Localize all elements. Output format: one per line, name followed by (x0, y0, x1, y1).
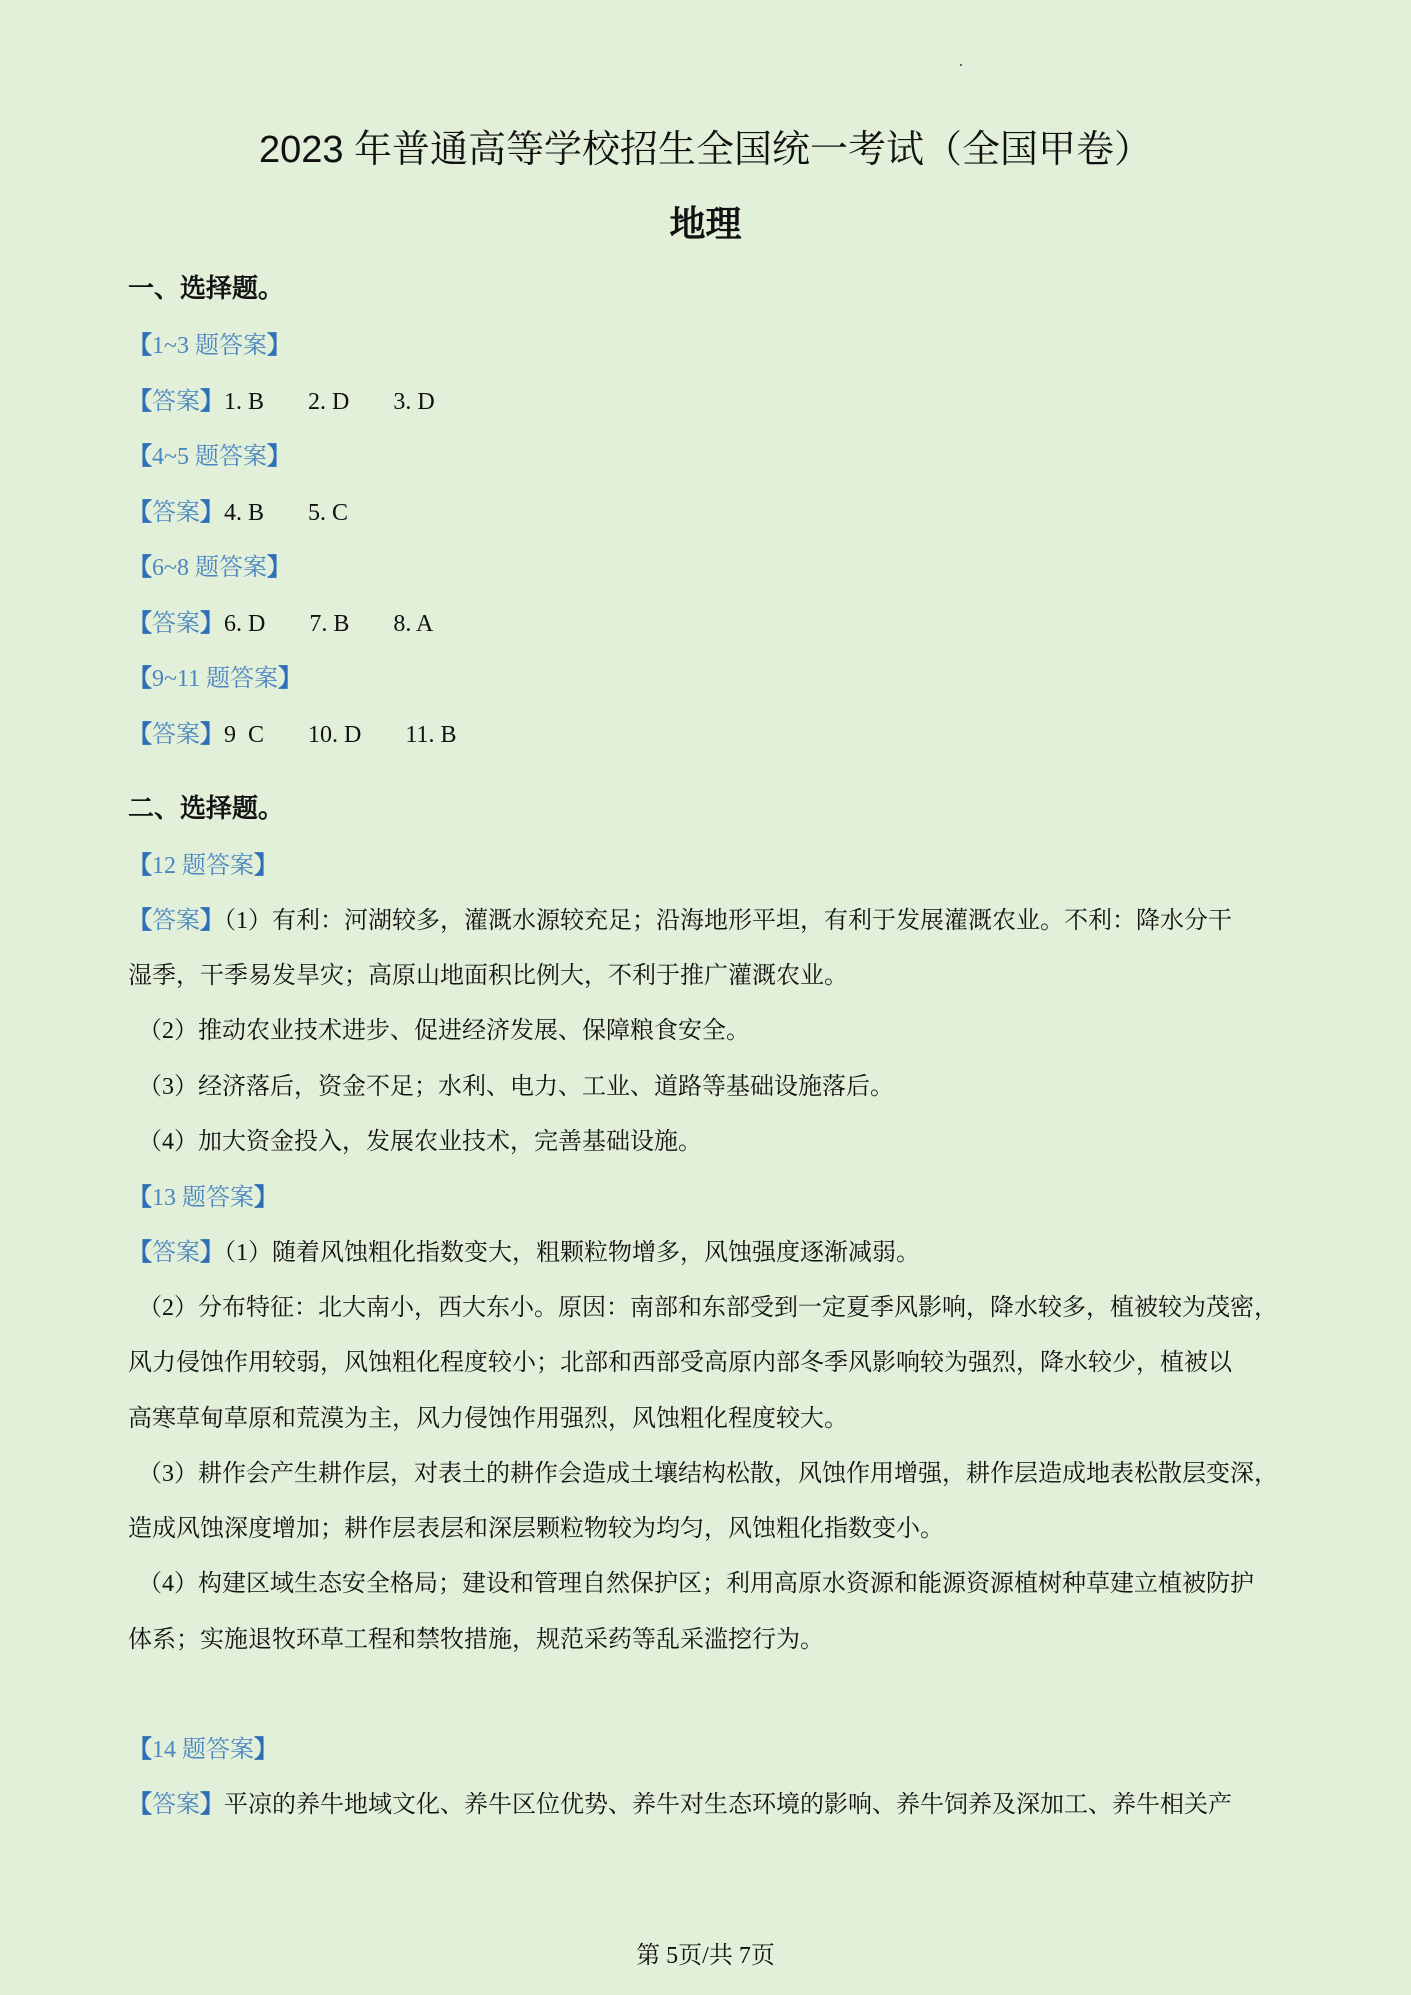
q14-header: 【14 题答案】 (128, 1729, 278, 1764)
q13-answer-line: 【答案】（1）随着风蚀粗化指数变大，粗颗粒物增多，风蚀强度逐渐减弱。 (128, 1232, 920, 1267)
answer-row: 【答案】9 C10. D11. B (128, 714, 500, 749)
group-header: 【9~11 题答案】 (128, 658, 302, 693)
q13-answer-line: （3）耕作会产生耕作层，对表土的耕作会造成土壤结构松散，风蚀作用增强，耕作层造成… (138, 1453, 1278, 1488)
group-header: 【4~5 题答案】 (128, 436, 291, 471)
q13-answer-line: 高寒草甸草原和荒漠为主，风力侵蚀作用强烈，风蚀粗化程度较大。 (128, 1398, 848, 1433)
q12-header: 【12 题答案】 (128, 845, 278, 880)
page-number: 第 5页/共 7页 (0, 1935, 1411, 1970)
q13-answer-line: 风力侵蚀作用较弱，风蚀粗化程度较小；北部和西部受高原内部冬季风影响较为强烈，降水… (128, 1342, 1232, 1377)
answer-row: 【答案】1. B2. D3. D (128, 381, 479, 416)
q13-answer-line: 造成风蚀深度增加；耕作层表层和深层颗粒物较为均匀，风蚀粗化指数变小。 (128, 1508, 944, 1543)
q12-answer-line: （3）经济落后，资金不足；水利、电力、工业、道路等基础设施落后。 (138, 1066, 894, 1101)
q12-answer-line: （2）推动农业技术进步、促进经济发展、保障粮食安全。 (138, 1010, 750, 1045)
q13-answer-line: 体系；实施退牧环草工程和禁牧措施，规范采药等乱采滥挖行为。 (128, 1619, 824, 1654)
stray-mark (960, 64, 962, 66)
q12-answer-line: 湿季，干季易发旱灾；高原山地面积比例大，不利于推广灌溉农业。 (128, 955, 848, 990)
document-subject: 地理 (0, 196, 1411, 247)
q13-answer-line: （2）分布特征：北大南小，西大东小。原因：南部和东部受到一定夏季风影响，降水较多… (138, 1287, 1278, 1322)
q12-answer-line: （4）加大资金投入，发展农业技术，完善基础设施。 (138, 1121, 702, 1156)
q12-answer-line: 【答案】（1）有利：河湖较多，灌溉水源较充足；沿海地形平坦，有利于发展灌溉农业。… (128, 900, 1232, 935)
group-header: 【6~8 题答案】 (128, 547, 291, 582)
group-header: 【1~3 题答案】 (128, 325, 291, 360)
q13-answer-line: （4）构建区域生态安全格局；建设和管理自然保护区；利用高原水资源和能源资源植树种… (138, 1563, 1254, 1598)
q14-answer-line: 【答案】平凉的养牛地域文化、养牛区位优势、养牛对生态环境的影响、养牛饲养及深加工… (128, 1784, 1232, 1819)
section-heading-2: 二、选择题。 (128, 788, 284, 825)
section-heading-1: 一、选择题。 (128, 268, 284, 305)
document-title: 2023 年普通高等学校招生全国统一考试（全国甲卷） (0, 118, 1411, 173)
q13-header: 【13 题答案】 (128, 1177, 278, 1212)
answer-row: 【答案】4. B5. C (128, 492, 392, 527)
answer-row: 【答案】6. D7. B8. A (128, 603, 477, 638)
